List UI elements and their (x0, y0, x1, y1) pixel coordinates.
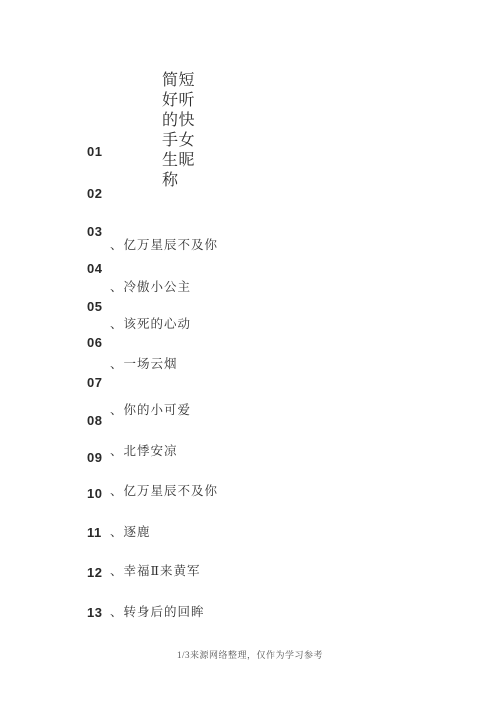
list-number-02: 02 (87, 187, 102, 200)
nickname-item-3: 、该死的心动 (110, 317, 191, 331)
list-number-12: 12 (87, 566, 102, 579)
list-number-06: 06 (87, 336, 102, 349)
document-page: 简短好听的快手女生昵称 01 02 03 04 05 06 07 08 09 1… (0, 0, 500, 708)
list-number-05: 05 (87, 300, 102, 313)
list-number-03: 03 (87, 225, 102, 238)
page-footer: 1/3来源网络整理，仅作为学习参考 (0, 650, 500, 661)
nickname-item-10: 、转身后的回眸 (110, 605, 205, 619)
list-number-11: 11 (87, 526, 102, 539)
nickname-item-9: 、幸福Ⅱ来黄军 (110, 564, 201, 578)
nickname-item-6: 、北悸安凉 (110, 444, 178, 458)
nickname-item-2: 、冷傲小公主 (110, 280, 191, 294)
list-number-01: 01 (87, 145, 102, 158)
nickname-item-4: 、一场云烟 (110, 357, 178, 371)
list-number-09: 09 (87, 451, 102, 464)
nickname-item-1: 、亿万星辰不及你 (110, 238, 218, 252)
nickname-item-8: 、逐鹿 (110, 525, 151, 539)
list-number-07: 07 (87, 376, 102, 389)
nickname-item-7: 、亿万星辰不及你 (110, 484, 218, 498)
list-number-04: 04 (87, 262, 102, 275)
list-number-13: 13 (87, 606, 102, 619)
document-title: 简短好听的快手女生昵称 (162, 71, 199, 191)
nickname-item-5: 、你的小可爱 (110, 403, 191, 417)
list-number-08: 08 (87, 414, 102, 427)
list-number-10: 10 (87, 487, 102, 500)
